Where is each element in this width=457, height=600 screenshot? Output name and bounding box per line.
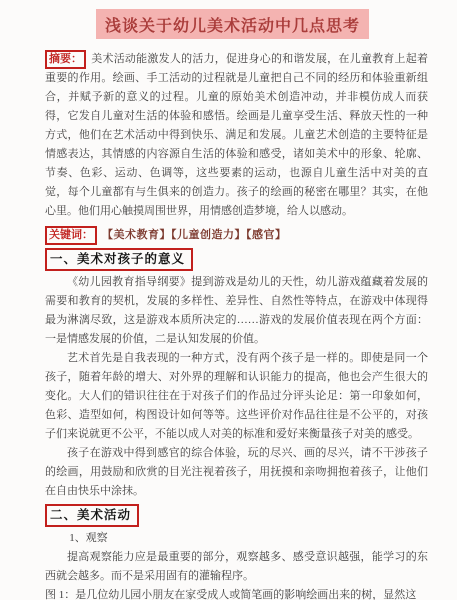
section1-heading-row: 一、美术对孩子的意义 [45, 248, 428, 271]
keywords-label: 关键词： [45, 226, 97, 245]
title-row: 浅谈关于幼儿美术活动中几点思考 [37, 9, 428, 39]
section2-heading: 二、美术活动 [45, 504, 139, 527]
keywords-text: 【美术教育】【儿童创造力】【感官】 [102, 229, 287, 241]
section2-paragraph-1: 提高观察能力应是最重要的部分，观察越多、感受意识越强，能学习的东西就会越多。而不… [45, 548, 428, 586]
section1-paragraph-2: 艺术首先是自我表现的一种方式，没有两个孩子是一样的。即使是同一个孩子，随着年龄的… [45, 349, 428, 444]
keywords-row: 关键词：【美术教育】【儿童创造力】【感官】 [45, 226, 428, 245]
section2-heading-row: 二、美术活动 [45, 504, 428, 527]
page-title: 浅谈关于幼儿美术活动中几点思考 [96, 9, 369, 39]
section2-subheading: 1、观察 [69, 529, 428, 548]
section1-paragraph-3: 孩子在游戏中得到感官的综合体验，玩的尽兴、画的尽兴，请不干涉孩子的绘画，用鼓励和… [45, 444, 428, 501]
figure-caption: 图 1：是几位幼儿园小朋友在家受成人或简笔画的影响绘画出来的树，显然这 [45, 586, 428, 600]
section1-heading: 一、美术对孩子的意义 [45, 248, 193, 271]
document-page: 浅谈关于幼儿美术活动中几点思考 摘要：美术活动能激发人的活力，促进身心的和谐发展… [0, 0, 457, 600]
section1-paragraph-1: 《幼儿园教育指导纲要》提到游戏是幼儿的天性，幼儿游戏蕴藏着发展的需要和教育的契机… [45, 273, 428, 349]
abstract-paragraph: 摘要：美术活动能激发人的活力，促进身心的和谐发展，在儿童教育上起着重要的作用。绘… [45, 50, 428, 221]
abstract-label: 摘要： [45, 50, 86, 69]
abstract-text: 美术活动能激发人的活力，促进身心的和谐发展，在儿童教育上起着重要的作用。绘画、手… [45, 53, 428, 217]
